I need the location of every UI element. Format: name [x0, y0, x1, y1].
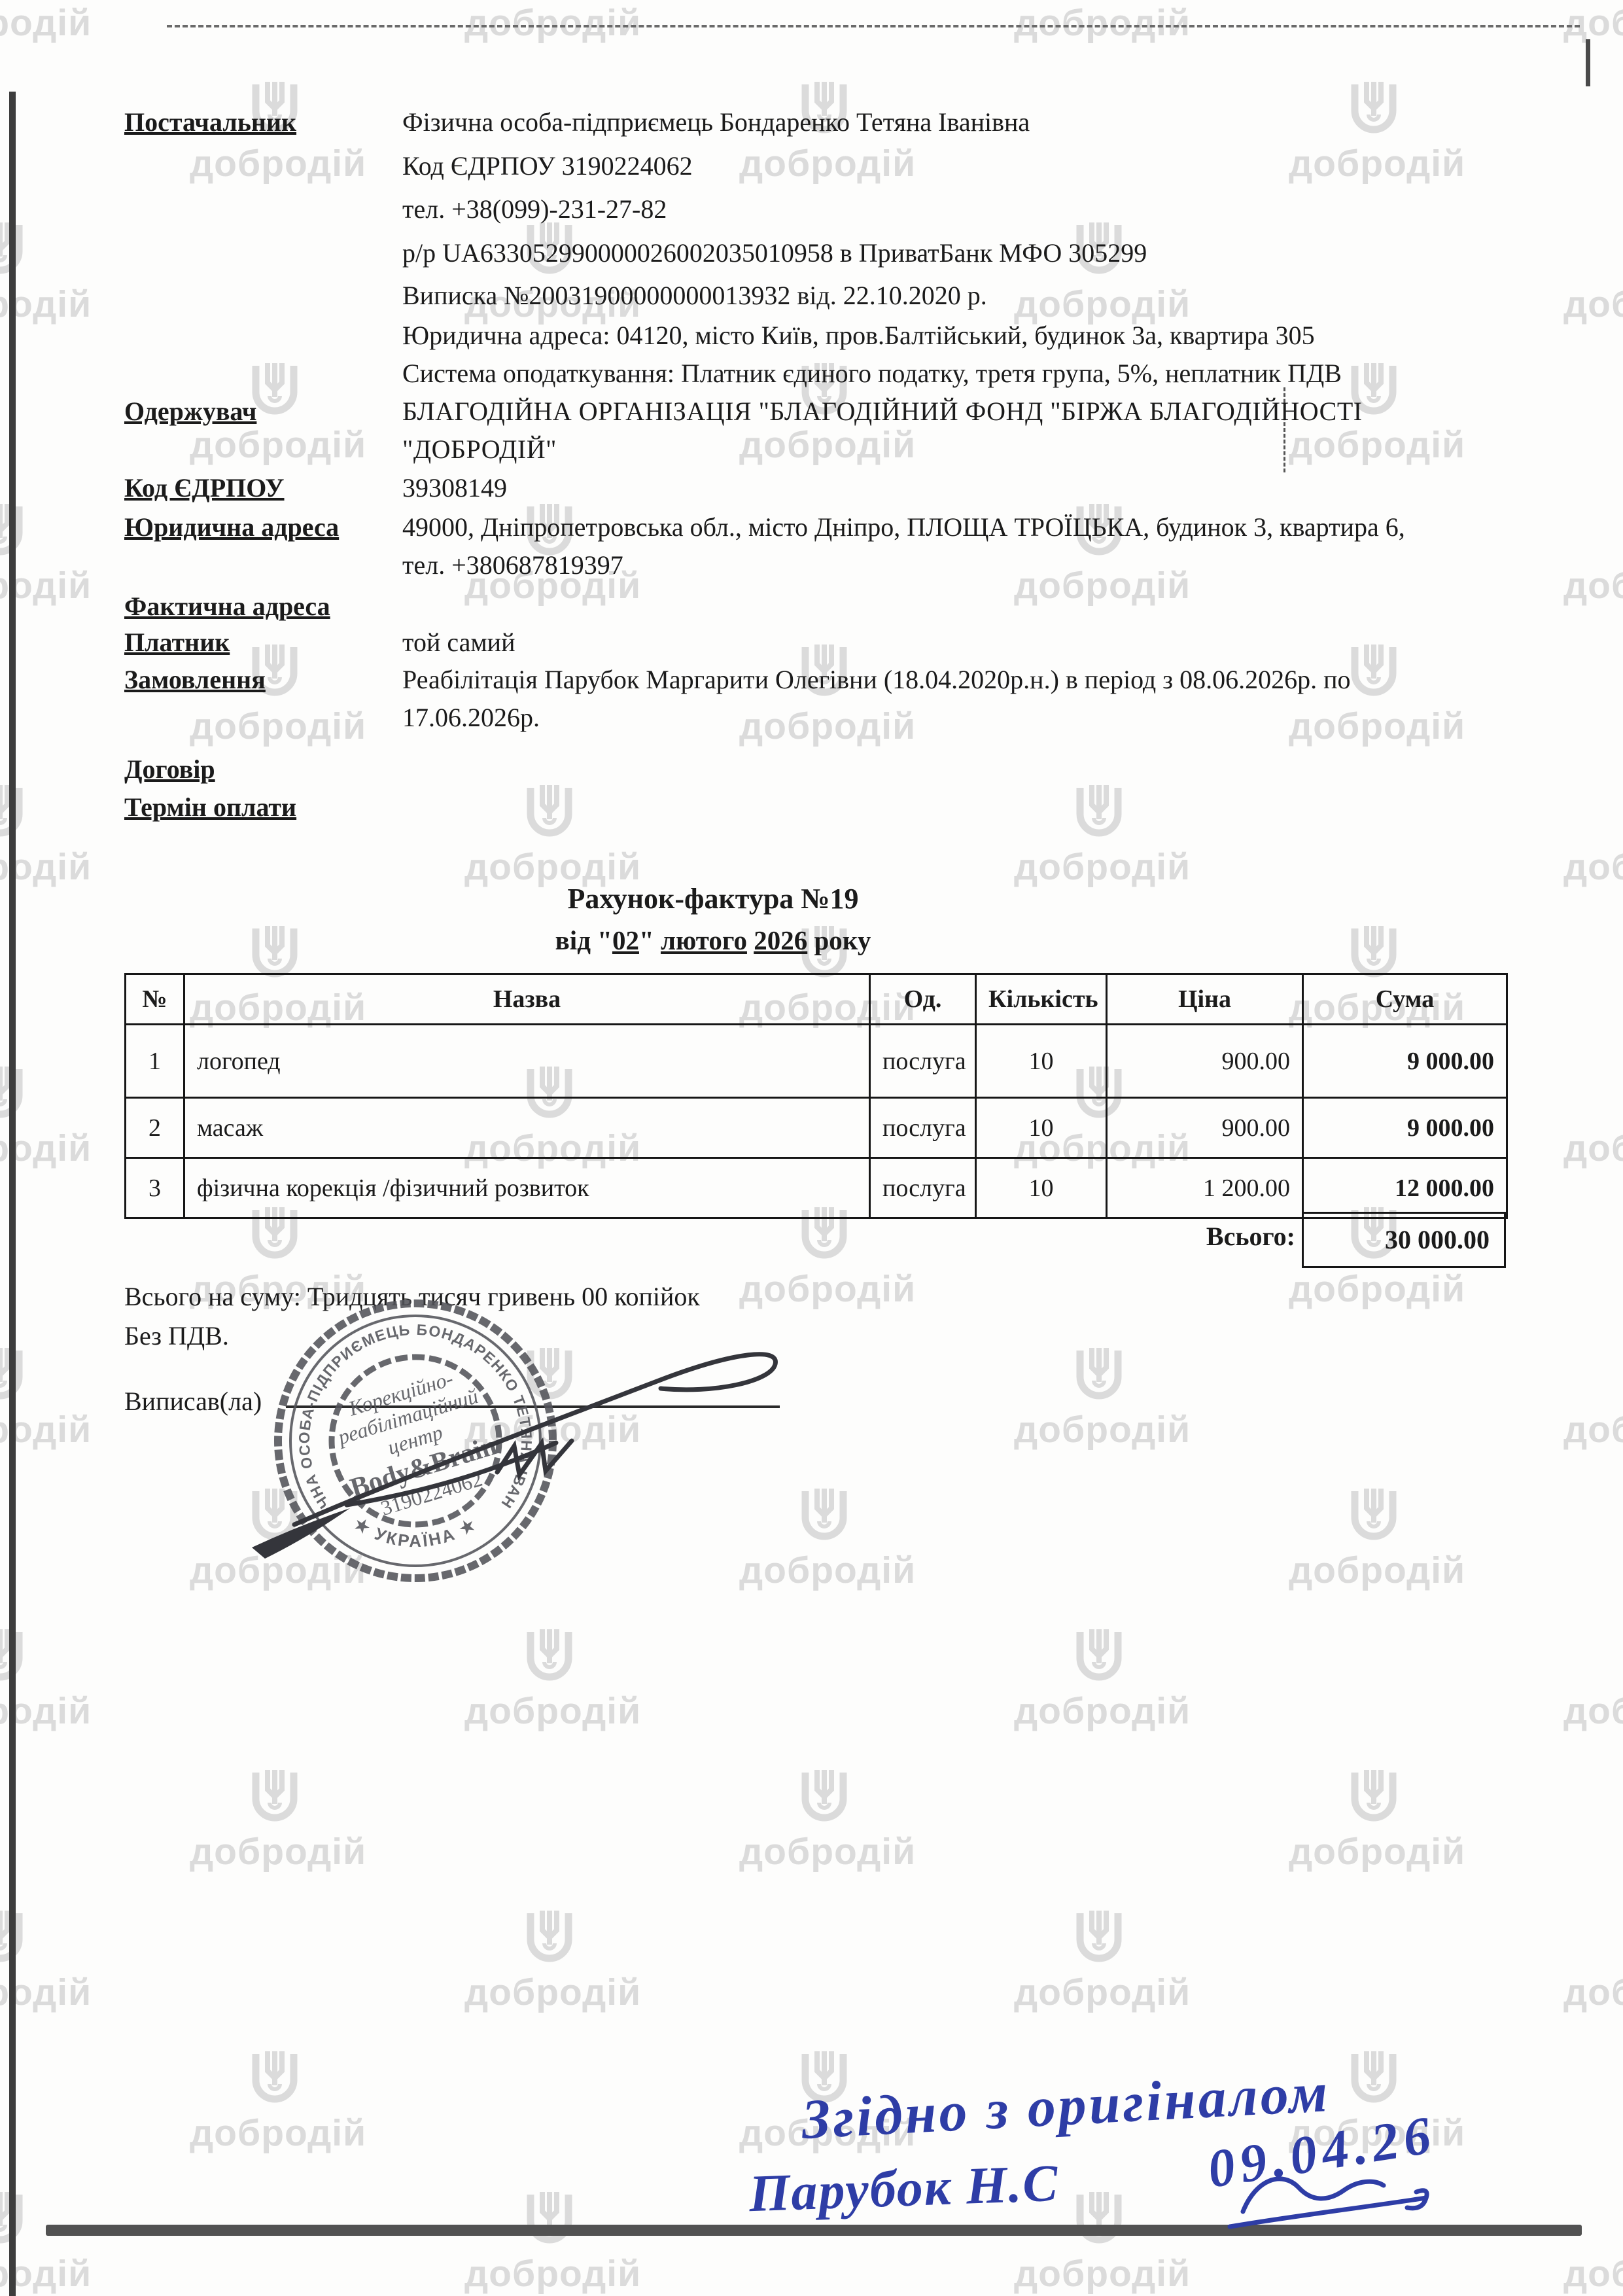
dobrodiy-logo-icon	[1349, 645, 1399, 701]
watermark-text: добродій	[464, 2252, 635, 2295]
watermark-text: добродій	[1014, 1689, 1184, 1733]
order-label: Замовлення	[124, 664, 266, 695]
table-row: 3 фізична корекція /фізичний розвиток по…	[126, 1158, 1507, 1218]
date-suffix: року	[814, 925, 871, 955]
supplier-address: Юридична адреса: 04120, місто Київ, пров…	[402, 320, 1315, 351]
legal-address-label: Юридична адреса	[124, 512, 339, 542]
watermark-text: добродій	[1014, 1, 1184, 44]
watermark-text: добродій	[1014, 1408, 1184, 1451]
dobrodiy-logo-icon	[1349, 1770, 1399, 1826]
supplier-label: Постачальник	[124, 107, 296, 137]
watermark-text: добродій	[739, 705, 909, 748]
cell-price: 900.00	[1107, 1025, 1303, 1098]
watermark-text: добродій	[1014, 1971, 1184, 2014]
dobrodiy-logo-icon	[1349, 82, 1399, 138]
date-prefix: від "	[555, 925, 612, 955]
watermark-unit: добродій	[1289, 645, 1459, 748]
watermark-unit: добродій	[1289, 82, 1459, 185]
watermark-text: добродій	[1289, 1267, 1459, 1311]
header-sum: Сума	[1303, 974, 1507, 1025]
cell-name: логопед	[184, 1025, 870, 1098]
supplier-edrpou: Код ЄДРПОУ 3190224062	[402, 150, 693, 181]
order-line1: Реабілітація Парубок Маргарити Олегівни …	[402, 664, 1350, 695]
watermark-unit: добродій	[1563, 1911, 1623, 2014]
watermark-text: добродій	[464, 1, 635, 44]
watermark-text: добродій	[190, 142, 360, 185]
cell-unit: послуга	[870, 1025, 976, 1098]
watermark-text: добродій	[190, 2111, 360, 2155]
handwritten-signature	[1220, 2156, 1436, 2248]
supplier-name: Фізична особа-підприємець Бондаренко Тет…	[402, 107, 1030, 137]
watermark-text: добродій	[739, 1830, 909, 1873]
watermark-unit: добродій	[190, 2051, 360, 2155]
dobrodiy-logo-icon	[799, 1770, 849, 1826]
dobrodiy-logo-icon	[525, 1629, 574, 1686]
cell-num: 1	[126, 1025, 184, 1098]
watermark-text: добродій	[1563, 564, 1623, 607]
handwritten-name: Парубок Н.С	[748, 2154, 1060, 2224]
watermark-unit: добродій	[1563, 2192, 1623, 2295]
dobrodiy-logo-icon	[1074, 2192, 1124, 2248]
cell-sum: 12 000.00	[1303, 1158, 1507, 1218]
invoice-date: від "02" лютого 2026 року	[353, 925, 1073, 956]
cell-price: 1 200.00	[1107, 1158, 1303, 1218]
dobrodiy-logo-icon	[525, 785, 574, 841]
watermark-text: добродій	[1289, 142, 1459, 185]
watermark-unit: добродій	[464, 1911, 635, 2014]
header-qty: Кількість	[976, 974, 1107, 1025]
watermark-text: добродій	[464, 1689, 635, 1733]
table-row: 2 масаж послуга 10 900.00 9 000.00	[126, 1098, 1507, 1158]
watermark-text: добродій	[1289, 1830, 1459, 1873]
scan-dotted-line	[167, 25, 1580, 27]
invoice-title-block: Рахунок-фактура №19 від "02" лютого 2026…	[353, 882, 1073, 956]
scan-corner-mark	[1586, 39, 1590, 86]
watermark-unit: добродій	[1563, 1067, 1623, 1170]
dobrodiy-logo-icon	[1349, 1489, 1399, 1545]
watermark-text: добродій	[1563, 1971, 1623, 2014]
cell-qty: 10	[976, 1098, 1107, 1158]
watermark-text: добродій	[1563, 1, 1623, 44]
total-value: 30 000.00	[1302, 1212, 1506, 1268]
watermark-unit: добродій	[739, 1770, 909, 1873]
invoice-title: Рахунок-фактура №19	[353, 882, 1073, 915]
recipient-label: Одержувач	[124, 396, 256, 427]
total-label: Всього:	[1021, 1221, 1295, 1252]
watermark-text: добродій	[1289, 705, 1459, 748]
dobrodiy-logo-icon	[1074, 1629, 1124, 1686]
scanned-invoice-page: добродійдобродійдобродійдобродійдобродій…	[0, 0, 1623, 2296]
dobrodiy-logo-icon	[1074, 785, 1124, 841]
watermark-text: добродій	[0, 1, 85, 44]
payment-term-label: Термін оплати	[124, 792, 296, 822]
recipient-address-line1: 49000, Дніпропетровська обл., місто Дніп…	[402, 512, 1405, 542]
supplier-extract: Виписка №20031900000000013932 від. 22.10…	[402, 280, 987, 311]
watermark-text: добродій	[1563, 1689, 1623, 1733]
watermark-text: добродій	[1014, 2252, 1184, 2295]
date-day: 02	[612, 925, 639, 955]
watermark-unit: добродій	[190, 1770, 360, 1873]
cell-qty: 10	[976, 1025, 1107, 1098]
supplier-tax-system: Система оподаткування: Платник єдиного п…	[402, 358, 1342, 389]
cell-qty: 10	[976, 1158, 1107, 1218]
watermark-text: добродій	[190, 423, 360, 467]
dobrodiy-logo-icon	[1074, 1911, 1124, 1967]
date-month: лютого	[661, 925, 747, 955]
watermark-unit: добродій	[1014, 1629, 1184, 1733]
scan-edge-line	[9, 92, 16, 2296]
cell-sum: 9 000.00	[1303, 1025, 1507, 1098]
date-mid: "	[639, 925, 654, 955]
watermark-unit: добродій	[739, 645, 909, 748]
cell-num: 3	[126, 1158, 184, 1218]
supplier-phone: тел. +38(099)-231-27-82	[402, 194, 667, 224]
payer-label: Платник	[124, 627, 230, 658]
date-year: 2026	[754, 925, 807, 955]
watermark-unit: добродій	[464, 1629, 635, 1733]
contract-label: Договір	[124, 754, 215, 785]
watermark-text: добродій	[1014, 564, 1184, 607]
vat-note: Без ПДВ.	[124, 1320, 229, 1351]
watermark-text: добродій	[190, 1830, 360, 1873]
watermark-unit: добродій	[464, 0, 635, 44]
watermark-text: добродій	[1563, 283, 1623, 326]
watermark-unit: добродій	[1563, 222, 1623, 326]
dobrodiy-logo-icon	[1349, 2051, 1399, 2108]
header-name: Назва	[184, 974, 870, 1025]
dobrodiy-logo-icon	[250, 1770, 300, 1826]
cell-unit: послуга	[870, 1098, 976, 1158]
watermark-text: добродій	[1563, 2252, 1623, 2295]
supplier-account: р/р UA633052990000026002035010958 в Прив…	[402, 238, 1147, 268]
watermark-unit: добродій	[1563, 1629, 1623, 1733]
watermark-unit: добродій	[464, 785, 635, 889]
watermark-unit: добродій	[1289, 1770, 1459, 1873]
cell-name: фізична корекція /фізичний розвиток	[184, 1158, 870, 1218]
watermark-text: добродій	[1563, 1127, 1623, 1170]
watermark-text: добродій	[739, 142, 909, 185]
watermark-unit: добродій	[190, 645, 360, 748]
cell-name: масаж	[184, 1098, 870, 1158]
dobrodiy-logo-icon	[250, 363, 300, 419]
dobrodiy-logo-icon	[250, 2051, 300, 2108]
actual-address-label: Фактична адреса	[124, 591, 330, 622]
cell-num: 2	[126, 1098, 184, 1158]
director-signature	[216, 1276, 818, 1577]
recipient-phone: тел. +380687819397	[402, 550, 623, 580]
dobrodiy-logo-icon	[525, 1911, 574, 1967]
dobrodiy-logo-icon	[1074, 1348, 1124, 1404]
watermark-text: добродій	[1289, 1549, 1459, 1592]
recipient-name-line1: БЛАГОДІЙНА ОРГАНІЗАЦІЯ "БЛАГОДІЙНИЙ ФОНД…	[402, 396, 1363, 427]
header-unit: Од.	[870, 974, 976, 1025]
cell-sum: 9 000.00	[1303, 1098, 1507, 1158]
payer-value: той самий	[402, 627, 515, 658]
watermark-text: добродій	[1289, 423, 1459, 467]
order-line2: 17.06.2026р.	[402, 702, 540, 733]
watermark-unit: добродій	[1014, 1911, 1184, 2014]
watermark-unit: добродій	[1014, 0, 1184, 44]
watermark-unit: добродій	[1563, 785, 1623, 889]
watermark-unit: добродій	[1289, 1489, 1459, 1592]
watermark-text: добродій	[464, 1971, 635, 2014]
dobrodiy-logo-icon	[525, 2192, 574, 2248]
header-price: Ціна	[1107, 974, 1303, 1025]
watermark-unit: добродій	[464, 2192, 635, 2295]
watermark-unit: добродій	[0, 0, 85, 44]
watermark-text: добродій	[1563, 1408, 1623, 1451]
table-row: 1 логопед послуга 10 900.00 9 000.00	[126, 1025, 1507, 1098]
watermark-unit: добродій	[1563, 504, 1623, 607]
watermark-unit: добродій	[1014, 785, 1184, 889]
cell-unit: послуга	[870, 1158, 976, 1218]
table-header-row: № Назва Од. Кількість Ціна Сума	[126, 974, 1507, 1025]
watermark-unit: добродій	[1563, 1348, 1623, 1451]
watermark-unit: добродій	[1563, 0, 1623, 44]
recipient-edrpou: 39308149	[402, 472, 507, 503]
invoice-items-table: № Назва Од. Кількість Ціна Сума 1 логопе…	[124, 973, 1508, 1219]
watermark-unit: добродій	[1014, 1348, 1184, 1451]
watermark-text: добродій	[1563, 845, 1623, 889]
edrpou-label: Код ЄДРПОУ	[124, 472, 285, 503]
header-num: №	[126, 974, 184, 1025]
watermark-text: добродій	[739, 423, 909, 467]
cell-price: 900.00	[1107, 1098, 1303, 1158]
watermark-text: добродій	[190, 705, 360, 748]
recipient-name-line2: "ДОБРОДІЙ"	[402, 434, 557, 465]
